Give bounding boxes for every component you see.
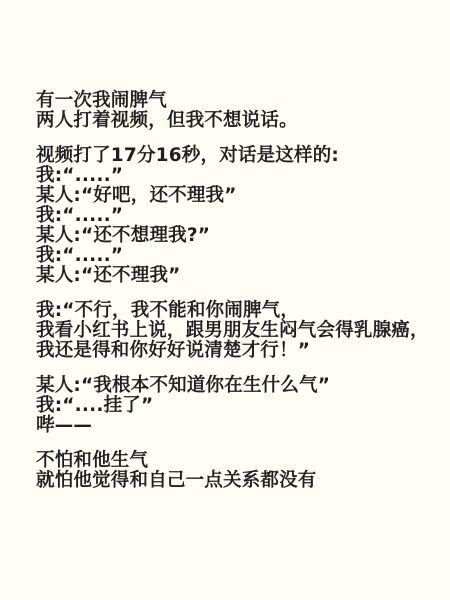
text-line: 某人:“我根本不知道你在生什么气” [36,376,436,396]
paragraph-ending: 某人:“我根本不知道你在生什么气” 我:“....挂了” 哔—— [36,376,436,436]
text-line: 某人:“还不理我” [36,266,436,286]
text-line: 视频打了17分16秒，对话是这样的: [36,146,436,166]
text-line: 我:“....挂了” [36,396,436,416]
paragraph-dialogue: 视频打了17分16秒，对话是这样的: 我:“.....” 某人:“好吧，还不理我… [36,146,436,286]
text-line: 有一次我闹脾气 [36,91,436,111]
text-content: 有一次我闹脾气 两人打着视频，但我不想说话。 视频打了17分16秒，对话是这样的… [36,91,436,506]
text-line: 某人:“好吧，还不理我” [36,186,436,206]
text-line: 我:“不行，我不能和你闹脾气， [36,301,436,321]
text-line: 哔—— [36,416,436,436]
paragraph-takeaway: 不怕和他生气 就怕他觉得和自己一点关系都没有 [36,451,436,491]
text-line: 不怕和他生气 [36,451,436,471]
paragraph-monologue: 我:“不行，我不能和你闹脾气， 我看小红书上说，跟男朋友生闷气会得乳腺癌， 我还… [36,301,436,361]
text-line: 我还是得和你好好说清楚才行！” [36,341,436,361]
text-line: 就怕他觉得和自己一点关系都没有 [36,471,436,491]
text-line: 我:“.....” [36,206,436,226]
text-line: 我看小红书上说，跟男朋友生闷气会得乳腺癌， [36,321,436,341]
text-line: 某人:“还不想理我?” [36,226,436,246]
text-line: 我:“.....” [36,246,436,266]
text-line: 我:“.....” [36,166,436,186]
text-post-image: 有一次我闹脾气 两人打着视频，但我不想说话。 视频打了17分16秒，对话是这样的… [0,0,450,600]
paragraph-intro: 有一次我闹脾气 两人打着视频，但我不想说话。 [36,91,436,131]
text-line: 两人打着视频，但我不想说话。 [36,111,436,131]
